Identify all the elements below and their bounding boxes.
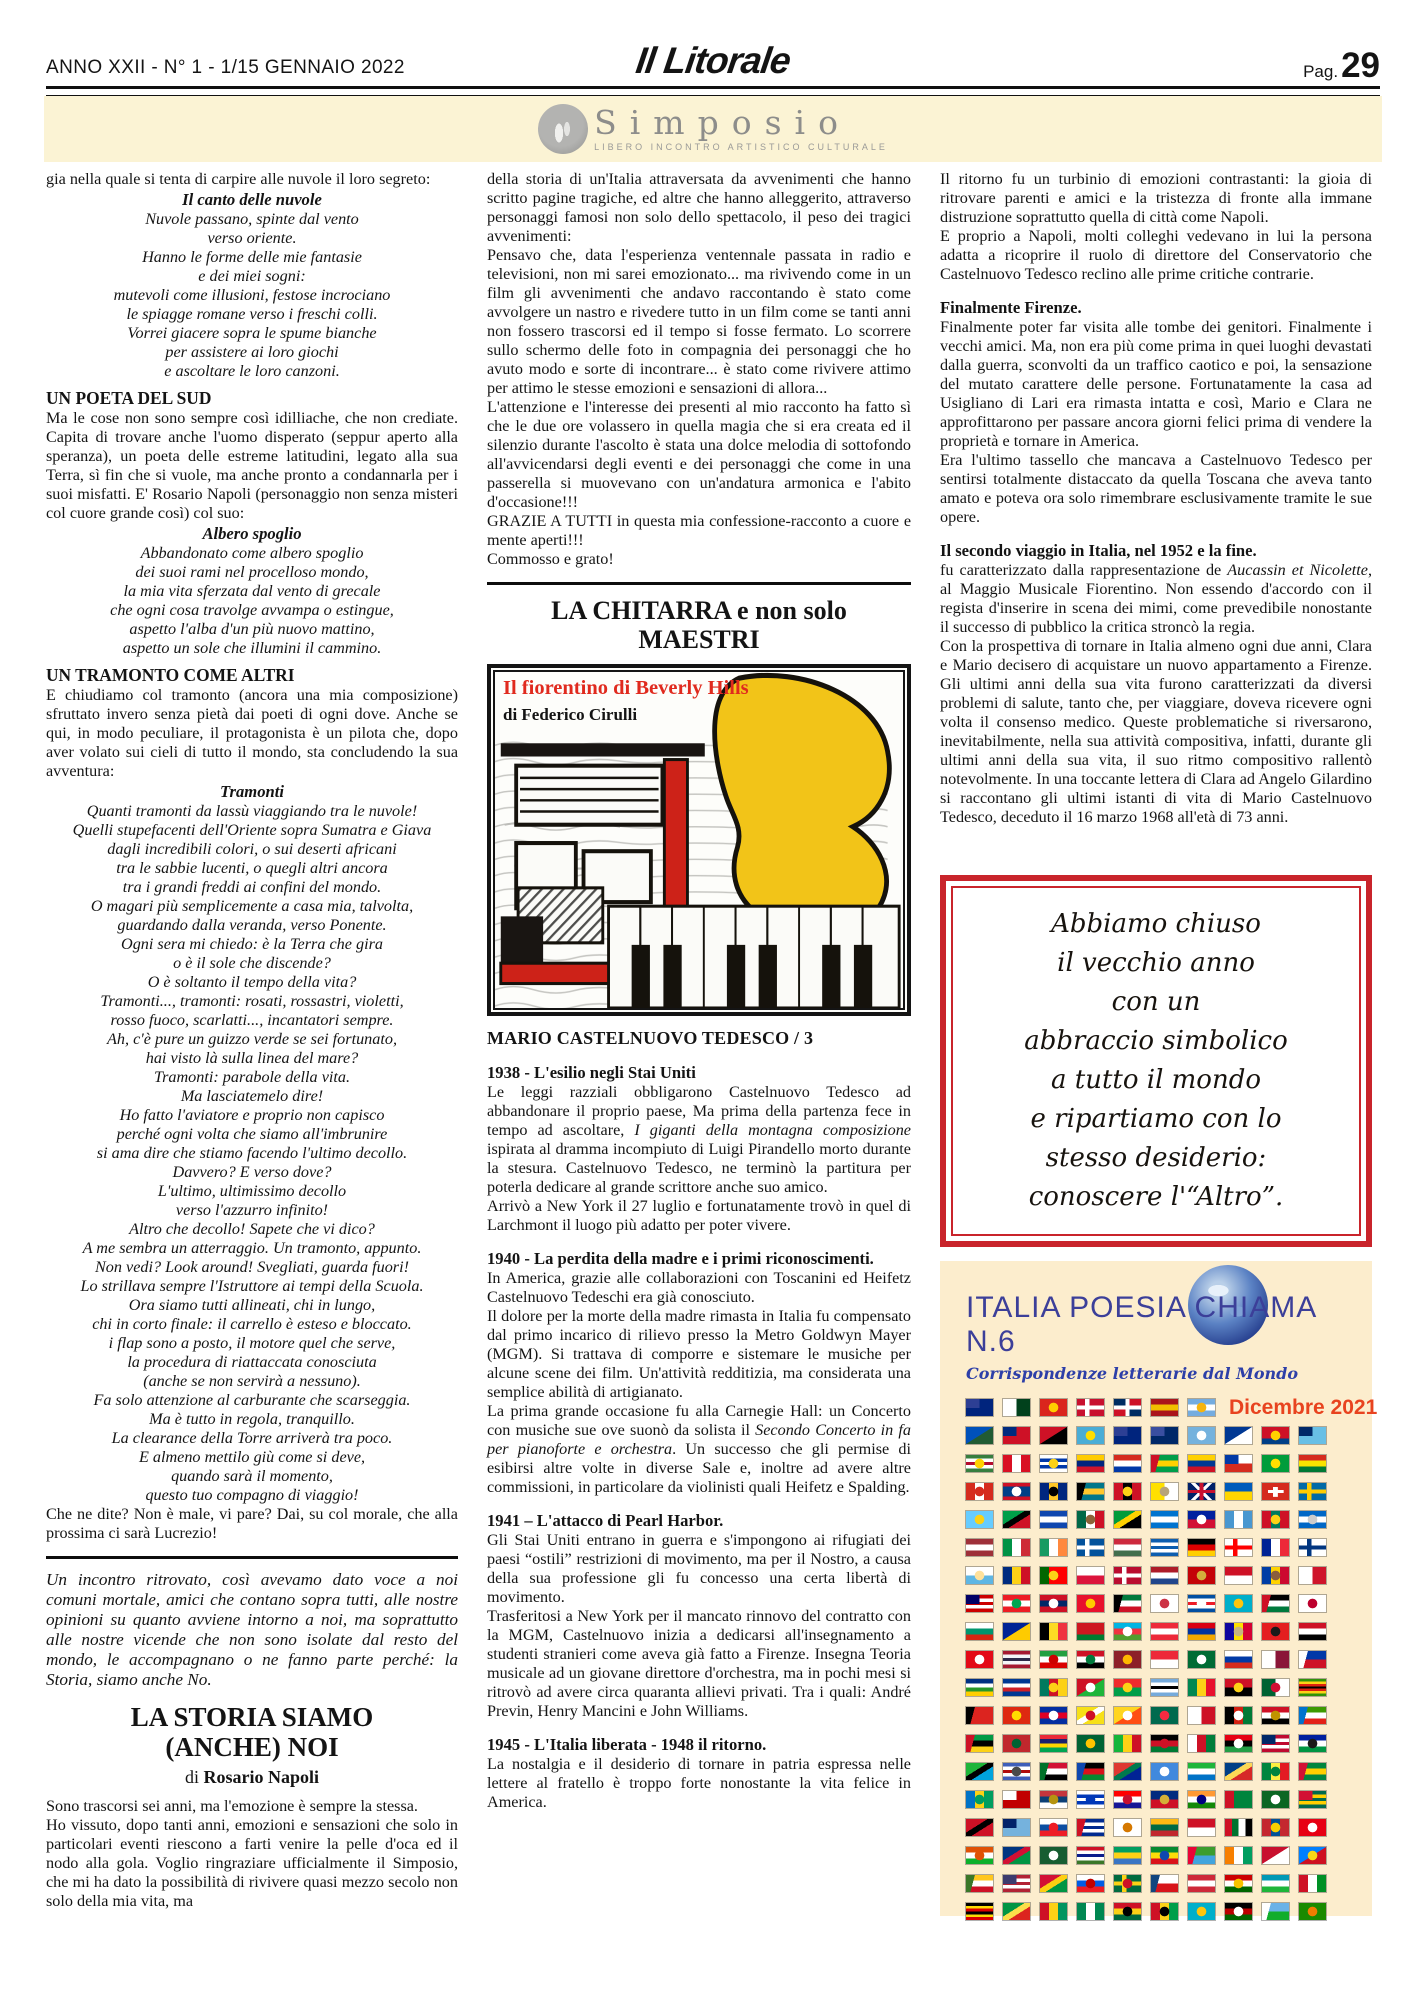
- poem-line: hai visto là sulla linea del mare?: [46, 1049, 458, 1068]
- flag-row: [966, 1455, 1360, 1472]
- poem-line: L'ultimo, ultimissimo decollo: [46, 1182, 458, 1201]
- flag-burundi: [1077, 1679, 1104, 1696]
- flag-qatar: [1262, 1651, 1289, 1668]
- flag-south-sudan: [1077, 1763, 1104, 1780]
- flag-india: [1188, 1791, 1215, 1808]
- flag-lebanon: [1003, 1595, 1030, 1612]
- flag-uruguay: [1040, 1455, 1067, 1472]
- flag-timor-leste: [966, 1707, 993, 1724]
- article-title: LA CHITARRA e non solo MAESTRI: [487, 596, 911, 654]
- intro-paragraph: Un incontro ritrovato, così avevamo dato…: [46, 1570, 458, 1690]
- poem-line: Quanti tramonti da lassù viaggiando tra …: [46, 802, 458, 821]
- flag-niue: [1151, 1427, 1178, 1444]
- article-columns: gia nella quale si tenta di carpire alle…: [46, 170, 1372, 1916]
- flag-row: [966, 1539, 1360, 1556]
- flag-dominica: [1114, 1875, 1141, 1892]
- poem-line: perché ogni volta che siamo all'imbrunir…: [46, 1125, 458, 1144]
- flag-italy: [1003, 1539, 1030, 1556]
- page-label: Pag.: [1303, 62, 1338, 82]
- page-header: ANNO XXII - N° 1 - 1/15 GENNAIO 2022 Il …: [46, 38, 1380, 84]
- paragraph: Il ritorno fu un turbinio di emozioni co…: [940, 170, 1372, 227]
- column-3-text: Il ritorno fu un turbinio di emozioni co…: [940, 170, 1372, 827]
- flag-indonesia: [1188, 1819, 1215, 1836]
- flag-south-africa: [1114, 1763, 1141, 1780]
- flag-poland: [1077, 1567, 1104, 1584]
- message-line: e ripartiamo con lo: [953, 1100, 1359, 1139]
- flag-georgia: [1225, 1539, 1252, 1556]
- flag-central-african-republic: [966, 1679, 993, 1696]
- column-2: della storia di un'Italia attraversata d…: [487, 170, 911, 1916]
- poem-line: Abbandonato come albero spoglio: [46, 544, 458, 563]
- poem-line: rosso fuoco, scarlatti..., incantatori s…: [46, 1011, 458, 1030]
- paragraph: E chiudiamo col tramonto (ancora una mia…: [46, 686, 458, 781]
- paragraph: Sono trascorsi sei anni, ma l'emozione è…: [46, 1797, 458, 1816]
- paragraph: Il dolore per la morte della madre rimas…: [487, 1307, 911, 1402]
- poem-line: Ora siamo tutti allineati, chi in lungo,: [46, 1296, 458, 1315]
- flag-moldova: [1262, 1567, 1289, 1584]
- flag-austria: [1151, 1623, 1178, 1640]
- flag-nigeria: [1077, 1903, 1104, 1920]
- banner-title: Simposio: [594, 106, 888, 139]
- flag-row: [966, 1511, 1360, 1528]
- flag-jamaica: [1114, 1511, 1141, 1528]
- panel-date: Dicembre 2021: [1229, 1396, 1377, 1420]
- subsection-heading: 1940 - La perdita della madre e i primi …: [487, 1249, 911, 1269]
- flag-tonga: [1003, 1791, 1030, 1808]
- message-line: stesso desiderio:: [953, 1139, 1359, 1178]
- flag-papua-new-guinea: [1040, 1427, 1067, 1444]
- poem-line: Ogni sera mi chiedo: è la Terra che gira: [46, 935, 458, 954]
- article-title: LA STORIA SIAMO (ANCHE) NOI: [46, 1702, 458, 1762]
- flag-azerbaijan: [1114, 1623, 1141, 1640]
- flag-saudi-arabia-2: [1040, 1847, 1067, 1864]
- artwork-figure: Il fiorentino di Beverly Hills di Federi…: [487, 664, 911, 1016]
- flag-venezuela: [1077, 1455, 1104, 1472]
- flag-brazil: [1262, 1455, 1289, 1472]
- paragraph: fu caratterizzato dalla rappresentazione…: [940, 561, 1372, 637]
- poem-line: o è il sole che discende?: [46, 954, 458, 973]
- flag-romania: [1003, 1567, 1030, 1584]
- flag-benin: [1188, 1679, 1215, 1696]
- flag-madagascar: [1188, 1735, 1215, 1752]
- flag-eswatini: [1003, 1763, 1030, 1780]
- flag-cameroon: [1040, 1679, 1067, 1696]
- flag-vietnam: [1040, 1399, 1067, 1416]
- flag-egypt: [1262, 1707, 1289, 1724]
- flag-congo: [1003, 1903, 1030, 1920]
- flag-vatican-city: [1151, 1483, 1178, 1500]
- flag-fiji: [1299, 1427, 1326, 1444]
- poem-line: Davvero? E verso dove?: [46, 1163, 458, 1182]
- poem-line: dei suoi rami nel procelloso mondo,: [46, 563, 458, 582]
- panel-subtitle: Corrispondenze letterarie dal Mondo: [966, 1364, 1360, 1383]
- poem-line: Hanno le forme delle mie fantasie: [46, 248, 458, 267]
- flag-mexico: [1077, 1511, 1104, 1528]
- flag-marshall-islands: [1225, 1427, 1252, 1444]
- flag-row: [966, 1483, 1360, 1500]
- flag-armenia: [1188, 1623, 1215, 1640]
- flag-saint-lucia: [966, 1511, 993, 1528]
- message-line: a tutto il mondo: [953, 1061, 1359, 1100]
- flag-barbados: [1040, 1483, 1067, 1500]
- flag-new-zealand: [1114, 1427, 1141, 1444]
- flag-morocco: [1003, 1735, 1030, 1752]
- flag-mozambique: [966, 1735, 993, 1752]
- flag-libya: [1225, 1735, 1252, 1752]
- paragraph: Era l'ultimo tassello che mancava a Cast…: [940, 451, 1372, 527]
- poem-line: questo tuo compagno di viaggio!: [46, 1486, 458, 1505]
- flag-bahrain: [1188, 1707, 1215, 1724]
- byline: di Rosario Napoli: [46, 1767, 458, 1788]
- flag-kenya: [1225, 1903, 1252, 1920]
- flag-ghana: [1114, 1903, 1141, 1920]
- flag-slovenia: [1077, 1875, 1104, 1892]
- flag-cape-verde: [1003, 1679, 1030, 1696]
- flag-vanuatu: [1040, 1875, 1067, 1892]
- flag-spain: [1151, 1399, 1178, 1416]
- flag-lesotho: [1299, 1735, 1326, 1752]
- paragraph: Commosso e grato!: [487, 550, 911, 569]
- flag-equatorial-guinea: [1299, 1707, 1326, 1724]
- newspaper-masthead: Il Litorale: [633, 40, 792, 82]
- flag-niger: [966, 1847, 993, 1864]
- section-heading: UN TRAMONTO COME ALTRI: [46, 665, 458, 686]
- flag-kiribati: [1262, 1427, 1289, 1444]
- flag-austria-2: [1188, 1875, 1215, 1892]
- flag-serbia: [1040, 1791, 1067, 1808]
- flag-liechtenstein: [1151, 1791, 1178, 1808]
- flag-andorra: [1225, 1623, 1252, 1640]
- flag-albania: [1262, 1623, 1289, 1640]
- flag-netherlands: [1151, 1567, 1178, 1584]
- poem-line: chi in corto finale: il carrello è estes…: [46, 1315, 458, 1334]
- flag-jordan: [1262, 1595, 1289, 1612]
- flag-green-emblem-flag: [1262, 1791, 1289, 1808]
- poem-line: guardando dalla veranda, verso Ponente.: [46, 916, 458, 935]
- flag-bolivia: [1299, 1455, 1326, 1472]
- flag-senegal: [1262, 1763, 1289, 1780]
- flag-grenada: [1262, 1511, 1289, 1528]
- flag-row: [966, 1735, 1360, 1752]
- paragraph: Ma le cose non sono sempre così idilliac…: [46, 409, 458, 523]
- flag-togo: [1299, 1791, 1326, 1808]
- flag-uganda: [966, 1903, 993, 1920]
- flag-nepal: [1262, 1847, 1289, 1864]
- poem-line: Tramonti..., tramonti: rosati, rossastri…: [46, 992, 458, 1011]
- flag-latvia: [966, 1539, 993, 1556]
- flag-north-korea: [1188, 1595, 1215, 1612]
- subsection-heading: 1945 - L'Italia liberata - 1948 il ritor…: [487, 1735, 911, 1755]
- flag-burkina-faso: [1114, 1679, 1141, 1696]
- flag-hungary: [1114, 1539, 1141, 1556]
- paragraph: Ho vissuto, dopo tanti anni, emozioni e …: [46, 1816, 458, 1911]
- flag-argentina: [1188, 1399, 1215, 1416]
- flags-grid: Dicembre 2021: [966, 1399, 1360, 1920]
- flag-guatemala: [1225, 1511, 1252, 1528]
- flag-malta: [1299, 1567, 1326, 1584]
- flag-pakistan: [1003, 1399, 1030, 1416]
- poem-line: e dei miei sogni:: [46, 267, 458, 286]
- flag-san-marino: [966, 1567, 993, 1584]
- paragraph: gia nella quale si tenta di carpire alle…: [46, 170, 458, 189]
- flag-row: [966, 1623, 1360, 1640]
- message-line: il vecchio anno: [953, 944, 1359, 983]
- flag-tunisia: [1299, 1819, 1326, 1836]
- flag-kuwait: [1114, 1595, 1141, 1612]
- subsection-heading: 1941 – L'attacco di Pearl Harbor.: [487, 1511, 911, 1531]
- flag-belarus: [1077, 1623, 1104, 1640]
- poem-line: i flap sono a posto, il motore quel che …: [46, 1334, 458, 1353]
- flag-row: Dicembre 2021: [966, 1399, 1360, 1416]
- flag-colombia: [1188, 1455, 1215, 1472]
- flag-gambia: [1077, 1847, 1104, 1864]
- divider: [46, 1556, 458, 1559]
- poem-line: Nuvole passano, spinte dal vento: [46, 210, 458, 229]
- poem-line: Non vedi? Look around! Svegliati, guarda…: [46, 1258, 458, 1277]
- flag-greece: [1151, 1539, 1178, 1556]
- flag-dominican-republic: [1114, 1399, 1141, 1416]
- message-line: Abbiamo chiuso: [953, 905, 1359, 944]
- poem-line: Quelli stupefacenti dell'Oriente sopra S…: [46, 821, 458, 840]
- flag-row: [966, 1707, 1360, 1724]
- flag-slovakia: [1040, 1819, 1067, 1836]
- flag-bosnia-herzegovina: [1003, 1623, 1030, 1640]
- flag-trinidad-tobago: [966, 1819, 993, 1836]
- poem-line: La clearance della Torre arriverà tra po…: [46, 1429, 458, 1448]
- artwork-byline: di Federico Cirulli: [503, 705, 637, 725]
- flag-united-states: [1003, 1875, 1030, 1892]
- flag-cambodia: [1040, 1707, 1067, 1724]
- flag-ireland: [1040, 1539, 1067, 1556]
- flag-thailand: [1003, 1651, 1030, 1668]
- flag-liberia: [1262, 1735, 1289, 1752]
- poem-line: E almeno mettilo giù come si deve,: [46, 1448, 458, 1467]
- message-box-text: Abbiamo chiusoil vecchio annocon unabbra…: [951, 886, 1361, 1236]
- flag-sierra-leone: [1188, 1763, 1215, 1780]
- flag-palau-2: [1188, 1903, 1215, 1920]
- flag-namibia: [1003, 1847, 1030, 1864]
- divider: [487, 582, 911, 585]
- flag-zimbabwe: [1299, 1679, 1326, 1696]
- flag-row: [966, 1847, 1360, 1864]
- poem-title: Albero spoglio: [46, 524, 458, 544]
- flag-canada: [966, 1483, 993, 1500]
- flag-antigua-barbuda: [1114, 1483, 1141, 1500]
- poem-line: Fa solo attenzione al carburante che sca…: [46, 1391, 458, 1410]
- flag-haiti: [1188, 1511, 1215, 1528]
- poem-line: Ah, c'è pure un guizzo verde se sei fort…: [46, 1030, 458, 1049]
- flag-row: [966, 1427, 1360, 1444]
- flag-bhutan: [1114, 1707, 1141, 1724]
- paragraph: La prima grande occasione fu alla Carneg…: [487, 1402, 911, 1497]
- flag-china: [1003, 1707, 1030, 1724]
- message-line: conoscere l'“Altro”.: [953, 1178, 1359, 1217]
- flag-belgium: [1040, 1623, 1067, 1640]
- poem-line: le spiagge romane verso i freschi colli.: [46, 305, 458, 324]
- flag-sri-lanka: [1114, 1651, 1141, 1668]
- header-rule: [46, 86, 1380, 96]
- flag-solomon-islands: [966, 1427, 993, 1444]
- flag-peru: [1003, 1455, 1030, 1472]
- poem-line: per assistere ai loro giochi: [46, 343, 458, 362]
- poem: Abbandonato come albero spogliodei suoi …: [46, 544, 458, 658]
- flag-switzerland: [1262, 1483, 1289, 1500]
- flag-somalia: [1151, 1763, 1178, 1780]
- flag-france: [1262, 1539, 1289, 1556]
- flag-yemen: [1299, 1623, 1326, 1640]
- flag-laos: [1040, 1595, 1067, 1612]
- paragraph: GRAZIE A TUTTI in questa mia confessione…: [487, 512, 911, 550]
- banner-tagline: LIBERO INCONTRO ARTISTICO CULTURALE: [594, 142, 888, 152]
- flag-micronesia: [1188, 1427, 1215, 1444]
- flag-sudan: [1040, 1763, 1067, 1780]
- flag-suriname: [966, 1455, 993, 1472]
- poem-line: O è soltanto il tempo della vita?: [46, 973, 458, 992]
- flag-el-salvador: [1040, 1511, 1067, 1528]
- paragraph: Arrivò a New York il 27 luglio e fortuna…: [487, 1197, 911, 1235]
- flag-israel: [1077, 1791, 1104, 1808]
- paragraph: Che ne dite? Non è male, vi pare? Dai, s…: [46, 1505, 458, 1543]
- poem-line: mutevoli come illusioni, festose incroci…: [46, 286, 458, 305]
- column-1: gia nella quale si tenta di carpire alle…: [46, 170, 458, 1916]
- flag-turkmenistan: [1225, 1791, 1252, 1808]
- flag-dr-congo: [1299, 1847, 1326, 1864]
- flag-uzbekistan: [1262, 1875, 1289, 1892]
- poem-line: dagli incredibili colori, o sui deserti …: [46, 840, 458, 859]
- subsection-heading: Il secondo viaggio in Italia, nel 1952 e…: [940, 541, 1372, 561]
- flag-palau: [1077, 1427, 1104, 1444]
- flag-montenegro: [1188, 1567, 1215, 1584]
- poem-line: Altro che decollo! Sapete che vi dico?: [46, 1220, 458, 1239]
- flag-iran: [1040, 1651, 1067, 1668]
- edition-date: ANNO XXII - N° 1 - 1/15 GENNAIO 2022: [46, 57, 405, 79]
- flag-row: [966, 1679, 1360, 1696]
- poem-line: la mia vita sferzata dal vento di grecal…: [46, 582, 458, 601]
- flag-iceland: [1077, 1539, 1104, 1556]
- flag-zambia: [1299, 1903, 1326, 1920]
- simposio-logo-icon: [538, 104, 588, 154]
- panel-title: ITALIA POESIA CHIAMA N.6: [966, 1291, 1360, 1359]
- flag-kyrgyzstan: [1077, 1595, 1104, 1612]
- flag-gabon: [1114, 1847, 1141, 1864]
- paragraph: L'attenzione e l'interesse dei presenti …: [487, 398, 911, 512]
- artwork-caption: MARIO CASTELNUOVO TEDESCO / 3: [487, 1028, 911, 1049]
- flag-samoa: [1003, 1427, 1030, 1444]
- flag-lithuania: [1151, 1819, 1178, 1836]
- flag-russia: [1225, 1651, 1252, 1668]
- paragraph: Gli Stai Uniti entrano in guerra e s'imp…: [487, 1531, 911, 1607]
- poem-line: verso l'azzurro infinito!: [46, 1201, 458, 1220]
- flag-row: [966, 1819, 1360, 1836]
- flag-tajikistan: [1225, 1875, 1252, 1892]
- flag-row: [966, 1903, 1360, 1920]
- poem-line: A me sembra un atterraggio. Un tramonto,…: [46, 1239, 458, 1258]
- message-line: abbraccio simbolico: [953, 1022, 1359, 1061]
- flag-eritrea: [1188, 1847, 1215, 1864]
- poem-title: Tramonti: [46, 782, 458, 802]
- poem-line: Vorrei giacere sopra le spume bianche: [46, 324, 458, 343]
- flag-czech-republic: [1151, 1875, 1178, 1892]
- flag-kazakhstan: [1225, 1595, 1252, 1612]
- flag-tuvalu: [1003, 1819, 1030, 1836]
- flag-malawi: [1151, 1735, 1178, 1752]
- paragraph: Con la prospettiva di tornare in Italia …: [940, 637, 1372, 827]
- flag-monaco: [1225, 1567, 1252, 1584]
- flag-united-kingdom: [1188, 1483, 1215, 1500]
- flag-singapore: [1151, 1651, 1178, 1668]
- newspaper-page: ANNO XXII - N° 1 - 1/15 GENNAIO 2022 Il …: [0, 0, 1420, 2000]
- flag-syria: [1077, 1651, 1104, 1668]
- poem-line: (anche se non servirà a nessuno).: [46, 1372, 458, 1391]
- poem-line: Ma lasciatemelo dire!: [46, 1087, 458, 1106]
- flag-paraguay: [1114, 1455, 1141, 1472]
- flag-honduras: [1151, 1511, 1178, 1528]
- poem-line: si ama dire che stiamo facendo l'ultimo …: [46, 1144, 458, 1163]
- flag-oman: [1299, 1875, 1326, 1892]
- flag-cyprus: [1114, 1819, 1141, 1836]
- flag-guinea: [1040, 1903, 1067, 1920]
- flag-mongolia: [1262, 1819, 1289, 1836]
- flag-tanzania: [966, 1763, 993, 1780]
- flag-row: [966, 1595, 1360, 1612]
- column-3: Il ritorno fu un turbinio di emozioni co…: [940, 170, 1372, 1916]
- paragraph: Le leggi razziali obbligarono Castelnuov…: [487, 1083, 911, 1197]
- flag-comoros: [966, 1875, 993, 1892]
- flag-bulgaria: [966, 1623, 993, 1640]
- poem-line: O magari più semplicemente a casa mia, t…: [46, 897, 458, 916]
- flag-bahamas: [1077, 1483, 1104, 1500]
- flag-angola: [1225, 1679, 1252, 1696]
- simposio-banner: Simposio LIBERO INCONTRO ARTISTICO CULTU…: [44, 96, 1382, 162]
- flag-chile: [1225, 1455, 1252, 1472]
- flag-portugal: [1040, 1567, 1067, 1584]
- artwork-title: Il fiorentino di Beverly Hills: [503, 677, 749, 700]
- flag-cote-divoire: [1225, 1847, 1252, 1864]
- flag-finland: [1299, 1539, 1326, 1556]
- flag-philippines: [1299, 1651, 1326, 1668]
- poem-line: Tramonti: parabole della vita.: [46, 1068, 458, 1087]
- paragraph: Finalmente poter far visita alle tombe d…: [940, 318, 1372, 451]
- flag-australia: [966, 1399, 993, 1416]
- poem-line: la procedura di riattaccata conosciuta: [46, 1353, 458, 1372]
- poem: Quanti tramonti da lassù viaggiando tra …: [46, 802, 458, 1505]
- flag-saint-kitts-nevis: [1003, 1511, 1030, 1528]
- section-heading: UN POETA DEL SUD: [46, 388, 458, 409]
- poem-line: tra i grandi freddi ai confini del mondo…: [46, 878, 458, 897]
- flag-mauritius: [1040, 1735, 1067, 1752]
- flag-cuba: [1077, 1819, 1104, 1836]
- flag-row: [966, 1651, 1360, 1668]
- flag-guinea-bissau: [1151, 1903, 1178, 1920]
- paragraph: La nostalgia e il desiderio di tornare i…: [487, 1755, 911, 1812]
- page-number: 29: [1341, 50, 1380, 82]
- poem-line: Lo strillava sempre l'Istruttore ai temp…: [46, 1277, 458, 1296]
- flag-ethiopia: [1151, 1847, 1178, 1864]
- flag-row: [966, 1763, 1360, 1780]
- poem-line: Ma è tutto in regola, tranquillo.: [46, 1410, 458, 1429]
- paragraph: Pensavo che, data l'esperienza ventennal…: [487, 246, 911, 398]
- message-line: con un: [953, 983, 1359, 1022]
- subsection-heading: Finalmente Firenze.: [940, 298, 1372, 318]
- flag-bangladesh: [1151, 1707, 1178, 1724]
- flag-norway: [1114, 1567, 1141, 1584]
- poem-title: Il canto delle nuvole: [46, 190, 458, 210]
- poem-line: aspetto un sole che illumini il cammino.: [46, 639, 458, 658]
- flag-sweden: [1299, 1483, 1326, 1500]
- flag-mauritania: [1077, 1735, 1104, 1752]
- flag-united-arab-emirates: [1225, 1819, 1252, 1836]
- flag-afghanistan: [1225, 1707, 1252, 1724]
